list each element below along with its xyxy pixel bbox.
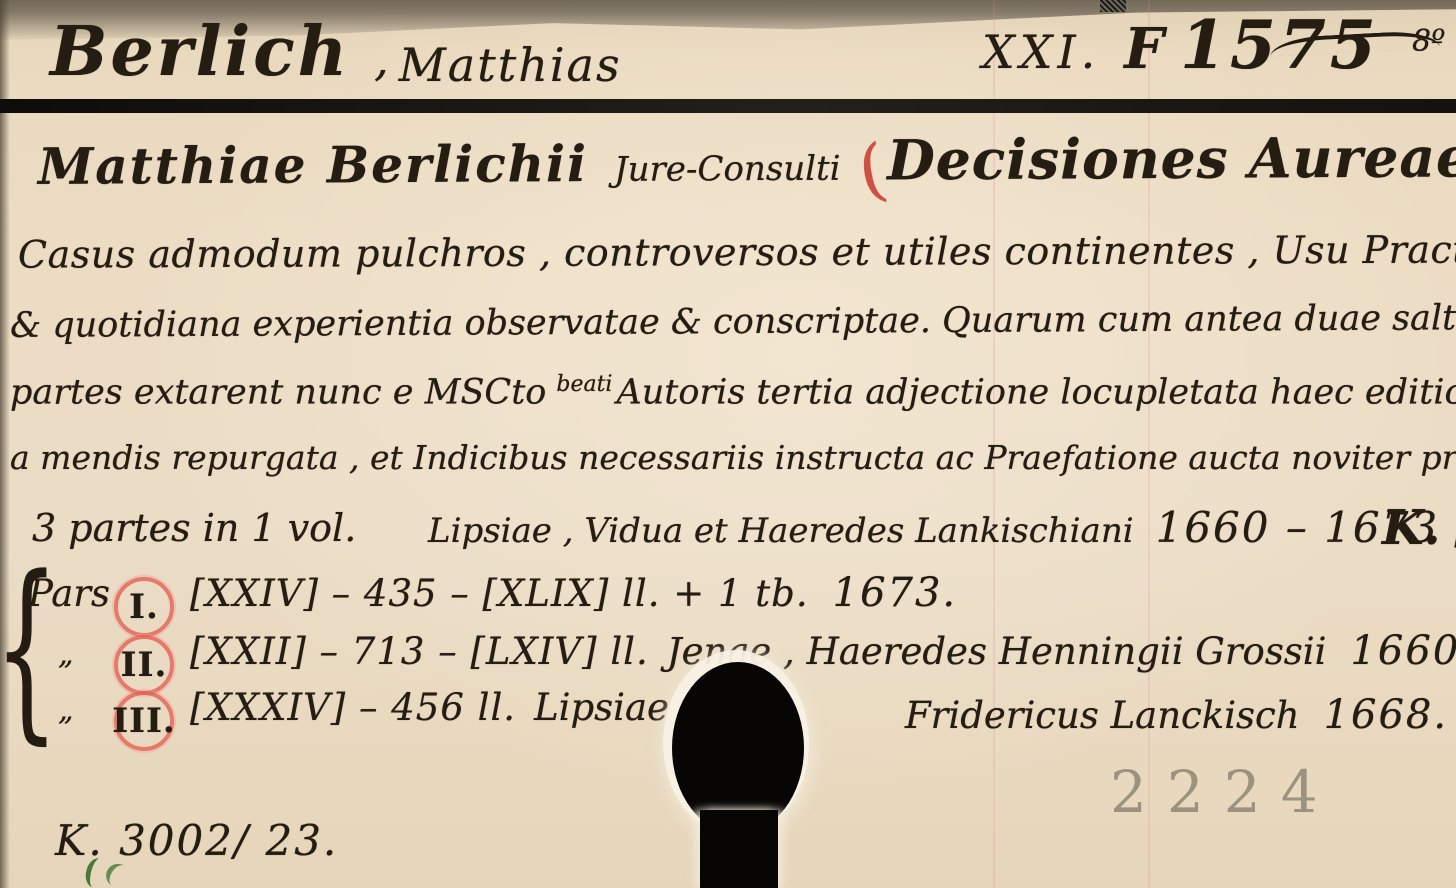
imprint-statement: Lipsiae , Vidua et Haeredes Lankischiani… [428, 503, 1456, 552]
book-format-mark: 8º [1412, 24, 1445, 59]
title-line-3: & quotidiana experientia observatae & co… [10, 298, 1456, 346]
inserted-word: beati [556, 372, 612, 397]
part-imprint-publisher-group: Fridericus Lanckisch1668. [905, 692, 1448, 738]
extent-statement: 3 partes in 1 vol. [32, 506, 356, 550]
part-publisher: Fridericus Lanckisch [905, 694, 1300, 737]
title-author-role: Jure-Consulti [614, 149, 841, 190]
part-year: 1660. [1350, 628, 1456, 674]
part-collation: [XXXIV] – 456 ll. [190, 686, 516, 729]
part-collation: [XXII] – 713 – [LXIV] ll. [190, 630, 649, 673]
cataloguer-initial: K. [1382, 500, 1440, 556]
ditto-mark: „ [28, 693, 114, 728]
shelfmark-letter: F [1124, 16, 1164, 82]
part-year: 1673. [833, 570, 958, 616]
part-year: 1668. [1324, 692, 1449, 738]
header-divider-rule [0, 99, 1456, 113]
catalog-card: Berlich,Matthias XXI.F1575 8º Matthiae B… [0, 0, 1456, 888]
green-pencil-mark [80, 856, 140, 888]
title-line-4: partes extarent nunc e MSCtobeatiAutoris… [10, 372, 1456, 413]
part-numeral: II. [121, 645, 168, 685]
part-numeral: I. [129, 587, 159, 627]
work-title: Decisiones Aureae , [887, 124, 1456, 192]
author-forename: Matthias [399, 38, 622, 92]
imprint-place-publisher: Lipsiae , Vidua et Haeredes Lankischiani [428, 511, 1134, 551]
part-imprint-place: Lipsiae , [534, 686, 692, 729]
punch-hole [672, 662, 804, 834]
author-surname: Berlich [50, 12, 350, 92]
ditto-mark: „ [28, 637, 114, 672]
title-line-2: Casus admodum pulchros , controversos et… [18, 227, 1456, 276]
part-row-3: „III.[XXXIV] – 456 ll.Lipsiae , Frideric… [28, 686, 692, 751]
library-stamp-number: 2224 [1110, 758, 1338, 826]
red-circle-annotation: III. [114, 691, 174, 751]
title-line-4-post: Autoris tertia adjectione locupletata ha… [616, 373, 1456, 413]
separator-comma: , [374, 32, 389, 86]
shelfmark-series: XXI. [982, 25, 1100, 79]
part-label: Pars [28, 572, 114, 615]
title-line-1: Matthiae BerlichiiJure-Consulti(Decision… [38, 124, 1456, 215]
title-line-4-pre: partes extarent nunc e MSCto [10, 373, 546, 413]
part-numeral: III. [112, 701, 176, 741]
part-row-1: ParsI.[XXIV] – 435 – [XLIX] ll. + 1 tb.1… [28, 570, 957, 637]
title-line-5: a mendis repurgata , et Indicibus necess… [10, 438, 1456, 477]
part-imprint: Jenae , Haeredes Henningii Grossii [667, 630, 1327, 673]
punch-hole-slot [700, 810, 778, 888]
title-author-name: Matthiae Berlichii [38, 134, 588, 196]
part-collation: [XXIV] – 435 – [XLIX] ll. + 1 tb. [190, 572, 809, 615]
author-heading: Berlich,Matthias [50, 12, 622, 92]
